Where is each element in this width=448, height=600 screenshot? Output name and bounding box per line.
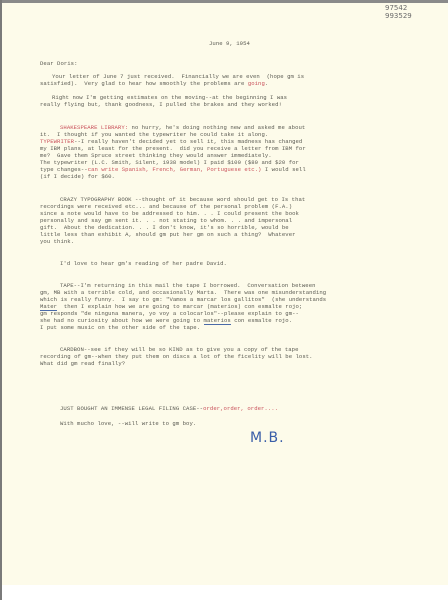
p4-line-6: little less than exhibit A, should gm pu…: [40, 231, 296, 238]
p3-line-4: my IBM plans, at least for the present. …: [40, 145, 306, 152]
p6-line-1: TAPE--I'm returning in this mail the tap…: [60, 282, 316, 289]
p3-text: --I really haven't decided yet to sell i…: [74, 138, 302, 145]
salutation: Dear Doris:: [40, 60, 77, 67]
p3-line-7: type changes--can write Spanish, French,…: [40, 166, 306, 173]
p1-line-2: satisfied). Very glad to hear how smooth…: [40, 80, 268, 87]
p4-line-4: personally and say gm sent it. . . not s…: [40, 217, 292, 224]
p6-text: con esmalte rojo.: [231, 317, 292, 324]
p6-text: she had no curiosity about how we were g…: [40, 317, 204, 324]
p4-line-1: CRAZY TYPOGRAPHY BOOK --thought of it be…: [60, 196, 305, 203]
p3-text: no hurry, he's doing nothing new and ask…: [128, 124, 305, 131]
p1-line-1: Your letter of June 7 just received. Fin…: [52, 73, 304, 80]
closing: With mucho love, --will write to gm boy.: [60, 420, 196, 427]
p6-line-7: I put some music on the other side of th…: [40, 324, 200, 331]
p3-line-5: me? Gave them Spruce street thinking the…: [40, 152, 272, 159]
p4-line-7: you think.: [40, 238, 74, 245]
p6-line-2: gm, MB with a terrible cold, and occasio…: [40, 289, 326, 296]
p3-text: I would sell: [261, 166, 305, 173]
p6-line-3: which is really funny. I say to gm: "Vam…: [40, 296, 326, 303]
p4-line-2: recordings were received etc... and beca…: [40, 203, 292, 210]
p3-line-6: The typewriter (L.C. Smith, Silent, 1938…: [40, 159, 299, 166]
p1-period: .: [265, 80, 268, 87]
handwritten-signature: M.B.: [250, 430, 285, 446]
p3-red-text: can write Spanish, French, German, Portu…: [88, 166, 262, 173]
p4-line-3: since a note would have to be addressed …: [40, 210, 299, 217]
p8-text: JUST BOUGHT AN IMMENSE LEGAL FILING CASE…: [60, 405, 203, 412]
p7-line-2: recording of gm--when they put them on d…: [40, 353, 313, 360]
letter-date: June 9, 1954: [209, 40, 250, 47]
p6-line-6: she had no curiosity about how we were g…: [40, 317, 292, 324]
p4-line-5: gift. About the dedication. . . I don't …: [40, 224, 289, 231]
p7-line-3: What did gm read finally?: [40, 360, 125, 367]
underlined-word: materios: [204, 317, 231, 325]
p6-line-5: gm responds "de ninguna manera, yo voy a…: [40, 310, 299, 317]
p8-line: JUST BOUGHT AN IMMENSE LEGAL FILING CASE…: [60, 405, 278, 412]
p2-line-2: really flying but, thank goodness, I pul…: [40, 101, 282, 108]
typewriter-heading: TYPEWRITER: [40, 138, 74, 145]
p3-line-1: SHAKESPEARE LIBRARY: no hurry, he's doin…: [60, 124, 305, 131]
p2-line-1: Right now I'm getting estimates on the m…: [52, 94, 287, 101]
p6-text: then I explain how we are going to marca…: [57, 303, 302, 310]
shakespeare-library-heading: SHAKESPEARE LIBRARY:: [60, 124, 128, 131]
p3-line-3: TYPEWRITER--I really haven't decided yet…: [40, 138, 302, 145]
p6-line-4: Mater then I explain how we are going to…: [40, 303, 302, 310]
p8-red-text: order,order, order....: [203, 405, 278, 412]
p5-line: I'd love to hear gm's reading of her pad…: [60, 260, 227, 267]
p1-text: satisfied). Very glad to hear how smooth…: [40, 80, 248, 87]
archive-number-line-1: 97542: [385, 4, 412, 12]
p7-line-1: CARDBON--see if they will be so KIND as …: [60, 346, 298, 353]
archive-number: 97542 993529: [385, 4, 412, 20]
p3-line-8: (if I decide) for $60.: [40, 173, 115, 180]
p3-line-2: it. I thought if you wanted the typewrit…: [40, 131, 268, 138]
p1-red-word: going: [248, 80, 265, 87]
archive-number-line-2: 993529: [385, 12, 412, 20]
p3-text: type changes--: [40, 166, 88, 173]
